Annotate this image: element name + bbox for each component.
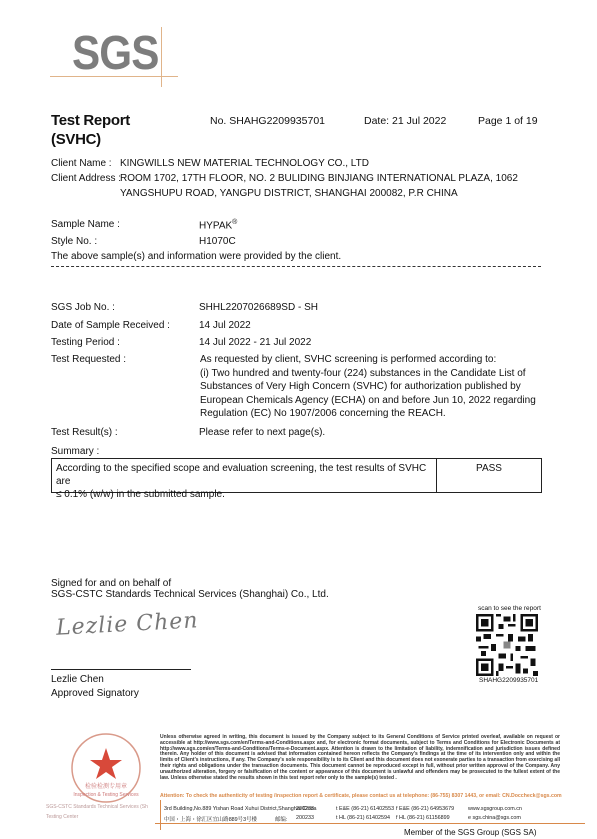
- svg-text:SGS-CSTC Standards Technical S: SGS-CSTC Standards Technical Services (S…: [46, 804, 148, 810]
- terms-fine-print: Unless otherwise agreed in writing, this…: [160, 735, 560, 781]
- style-no-label: Style No. :: [51, 236, 97, 247]
- requested-line: Regulation (EC) No 1907/2006 concerning …: [200, 407, 580, 421]
- summary-table: According to the specified scope and eva…: [51, 458, 542, 493]
- postcode-chinese: 200233: [296, 815, 314, 821]
- logo-rule-vertical: [161, 27, 162, 87]
- job-no-label: SGS Job No. :: [51, 302, 115, 313]
- client-name-value: KINGWILLS NEW MATERIAL TECHNOLOGY CO., L…: [120, 158, 369, 169]
- email-link[interactable]: e sgs.china@sgs.com: [468, 815, 521, 821]
- summary-text-line: ≤ 0.1% (w/w) in the submitted sample.: [56, 488, 432, 501]
- client-address-line-2: YANGSHUPU ROAD, YANGPU DISTRICT, SHANGHA…: [120, 188, 458, 199]
- address-chinese: 中国・上海・徐汇区宜山路889号3号楼: [164, 815, 257, 823]
- fax-ee: f E&E (86-21) 64953679: [396, 806, 454, 812]
- job-no-value: SHHL2207026689SD - SH: [199, 302, 318, 313]
- title-line-2: (SVHC): [51, 130, 130, 149]
- testing-period-value: 14 Jul 2022 - 21 Jul 2022: [199, 337, 311, 348]
- requested-line: (i) Two hundred and twenty-four (224) su…: [200, 367, 580, 381]
- sgs-logo: SGS: [72, 30, 159, 78]
- client-address-line-1: ROOM 1702, 17TH FLOOR, NO. 2 BULIDING BI…: [120, 173, 518, 184]
- sample-name-value: HYPAK®: [199, 219, 237, 231]
- handwritten-signature: Lezlie Chen: [55, 608, 199, 640]
- test-result-label: Test Result(s) :: [51, 427, 118, 438]
- received-date-value: 14 Jul 2022: [199, 320, 251, 331]
- summary-label: Summary :: [51, 446, 99, 457]
- requested-line: As requested by client, SVHC screening i…: [200, 353, 580, 367]
- signed-on-behalf: Signed for and on behalf of: [51, 578, 171, 589]
- authenticity-notice: Attention: To check the authenticity of …: [160, 793, 580, 799]
- summary-text-line: According to the specified scope and eva…: [56, 462, 432, 488]
- signature-line: [51, 669, 191, 670]
- page-indicator: Page 1 of 19: [478, 115, 538, 127]
- summary-text: According to the specified scope and eva…: [52, 459, 437, 492]
- signatory-name: Lezlie Chen: [51, 674, 104, 685]
- official-stamp-icon: 检验检测专用章 Inspection & Testing Services SG…: [44, 730, 148, 822]
- postcode-label-chinese: 邮编:: [275, 815, 287, 823]
- testing-period-label: Testing Period :: [51, 337, 120, 348]
- style-no-value: H1070C: [199, 236, 236, 247]
- fax-hl: f HL (86-21) 61156899: [396, 815, 450, 821]
- qr-label: scan to see the report: [478, 605, 541, 612]
- report-number: No. SHAHG2209935701: [210, 115, 325, 127]
- client-name-label: Client Name :: [51, 158, 112, 169]
- received-date-label: Date of Sample Received :: [51, 320, 170, 331]
- test-result-value: Please refer to next page(s).: [199, 427, 325, 438]
- requested-line: European Chemicals Agency (ECHA) on and …: [200, 394, 580, 408]
- sample-name-text: HYPAK: [199, 220, 232, 231]
- registered-mark: ®: [232, 219, 237, 226]
- postcode-english: 200233: [296, 806, 314, 812]
- title-line-1: Test Report: [51, 111, 130, 130]
- sample-name-label: Sample Name :: [51, 219, 120, 230]
- qr-report-number: SHAHG2209935701: [479, 677, 538, 684]
- footer-rule: [155, 823, 585, 824]
- test-requested-label: Test Requested :: [51, 354, 126, 365]
- dashed-divider: [51, 266, 541, 267]
- qr-code-icon[interactable]: [476, 614, 538, 676]
- phone-hl: t HL (86-21) 61402594: [336, 815, 390, 821]
- requested-line: Substances of Very High Concern (SVHC) f…: [200, 380, 580, 394]
- svg-text:Inspection & Testing Services: Inspection & Testing Services: [73, 792, 139, 798]
- report-date: Date: 21 Jul 2022: [364, 115, 446, 127]
- summary-result: PASS: [437, 459, 541, 492]
- footer-rule-vertical: [160, 800, 161, 830]
- svg-text:Testing Center: Testing Center: [46, 814, 79, 820]
- signing-company: SGS-CSTC Standards Technical Services (S…: [51, 589, 329, 600]
- website-link[interactable]: www.sgsgroup.com.cn: [468, 806, 522, 812]
- svg-text:检验检测专用章: 检验检测专用章: [85, 782, 127, 790]
- report-title: Test Report (SVHC): [51, 111, 130, 149]
- test-requested-text: As requested by client, SVHC screening i…: [200, 353, 580, 421]
- logo-rule-horizontal: [50, 76, 178, 77]
- signatory-title: Approved Signatory: [51, 688, 139, 699]
- sample-note: The above sample(s) and information were…: [51, 251, 341, 262]
- member-notice: Member of the SGS Group (SGS SA): [404, 828, 537, 837]
- phone-ee: t E&E (86-21) 61402553: [336, 806, 394, 812]
- address-english: 3rd Building,No.889 Yishan Road Xuhui Di…: [164, 806, 317, 812]
- client-address-label: Client Address :: [51, 173, 121, 184]
